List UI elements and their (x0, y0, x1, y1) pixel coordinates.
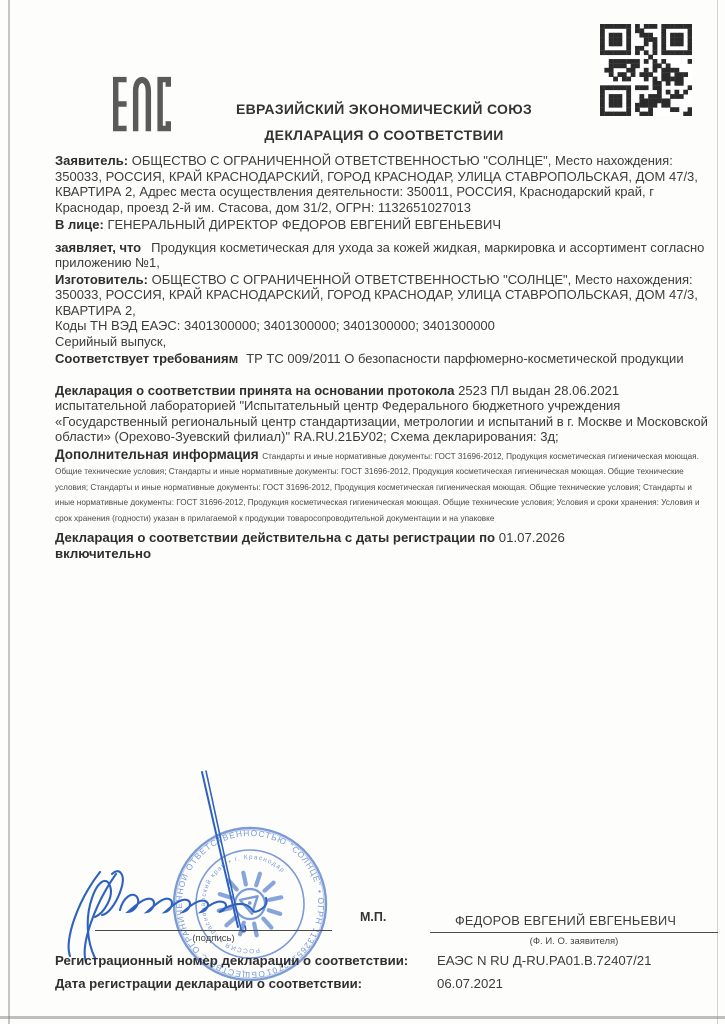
scan-edge-left (8, 0, 10, 1024)
page-title: ДЕКЛАРАЦИЯ О СООТВЕТСТВИИ (55, 127, 713, 143)
registration-number-row: Регистрационный номер декларации о соотв… (55, 953, 713, 968)
validity-label: Декларация о соответствии действительна … (55, 530, 495, 545)
signature-line (95, 930, 332, 931)
in-person-label: В лице: (55, 217, 104, 232)
validity-date: 01.07.2026 (499, 530, 565, 545)
additional-info-text: Стандарты и иные нормативные документы: … (55, 452, 700, 523)
in-person-paragraph: В лице: ГЕНЕРАЛЬНЫЙ ДИРЕКТОР ФЕДОРОВ ЕВГ… (55, 217, 713, 233)
manufacturer-text: ОБЩЕСТВО С ОГРАНИЧЕННОЙ ОТВЕТСТВЕННОСТЬЮ… (55, 272, 698, 318)
registration-number-label: Регистрационный номер декларации о соотв… (55, 953, 408, 968)
applicant-label: Заявитель: (55, 153, 128, 168)
applicant-text: ОБЩЕСТВО С ОГРАНИЧЕННОЙ ОТВЕТСТВЕННОСТЬЮ… (55, 153, 698, 215)
signature-caption: (подпись) (95, 933, 332, 944)
mp-seal-label: М.П. (360, 910, 386, 924)
manufacturer-label: Изготовитель: (55, 272, 148, 287)
complies-label: Соответствует требованиям (55, 351, 238, 366)
registration-number-value: ЕАЭС N RU Д-RU.РА01.В.72407/21 (437, 953, 651, 968)
applicant-paragraph: Заявитель: ОБЩЕСТВО С ОГРАНИЧЕННОЙ ОТВЕТ… (55, 153, 713, 215)
scan-edge-right (717, 0, 718, 1024)
declares-paragraph: заявляет, чтоПродукция косметическая для… (55, 240, 713, 271)
name-caption: (Ф. И. О. заявителя) (430, 936, 718, 947)
scan-edge-bottom (0, 1016, 725, 1019)
validity-paragraph: Декларация о соответствии действительна … (55, 530, 713, 562)
validity-suffix: включительно (55, 546, 151, 561)
declaration-body: Заявитель: ОБЩЕСТВО С ОГРАНИЧЕННОЙ ОТВЕТ… (55, 153, 713, 562)
in-person-text: ГЕНЕРАЛЬНЫЙ ДИРЕКТОР ФЕДОРОВ ЕВГЕНИЙ ЕВГ… (107, 217, 501, 232)
additional-info-paragraph: Дополнительная информация Стандарты и ин… (55, 447, 713, 525)
tnved-codes-line: Коды ТН ВЭД ЕАЭС: 3401300000; 3401300000… (55, 318, 713, 334)
registration-date-value: 06.07.2021 (437, 976, 503, 991)
union-title: ЕВРАЗИЙСКИЙ ЭКОНОМИЧЕСКИЙ СОЮЗ (55, 101, 713, 117)
applicant-name: ФЕДОРОВ ЕВГЕНИЙ ЕВГЕНЬЕВИЧ (455, 913, 676, 928)
additional-info-label: Дополнительная информация (55, 447, 259, 462)
registration-date-row: Дата регистрации декларации о соответств… (55, 976, 713, 991)
product-text: Продукция косметическая для ухода за кож… (55, 240, 704, 271)
declares-label: заявляет, что (55, 240, 141, 255)
registration-date-label: Дата регистрации декларации о соответств… (55, 976, 362, 991)
serial-release-line: Серийный выпуск, (55, 334, 713, 350)
basis-paragraph: Декларация о соответствии принята на осн… (55, 383, 713, 445)
complies-paragraph: Соответствует требованиямТР ТС 009/2011 … (55, 351, 713, 367)
declaration-document: ЕВРАЗИЙСКИЙ ЭКОНОМИЧЕСКИЙ СОЮЗ ДЕКЛАРАЦИ… (0, 0, 725, 1024)
name-line (430, 932, 718, 933)
complies-text: ТР ТС 009/2011 О безопасности парфюмерно… (246, 351, 683, 366)
manufacturer-paragraph: Изготовитель: ОБЩЕСТВО С ОГРАНИЧЕННОЙ ОТ… (55, 272, 713, 319)
basis-label: Декларация о соответствии принята на осн… (55, 383, 455, 398)
